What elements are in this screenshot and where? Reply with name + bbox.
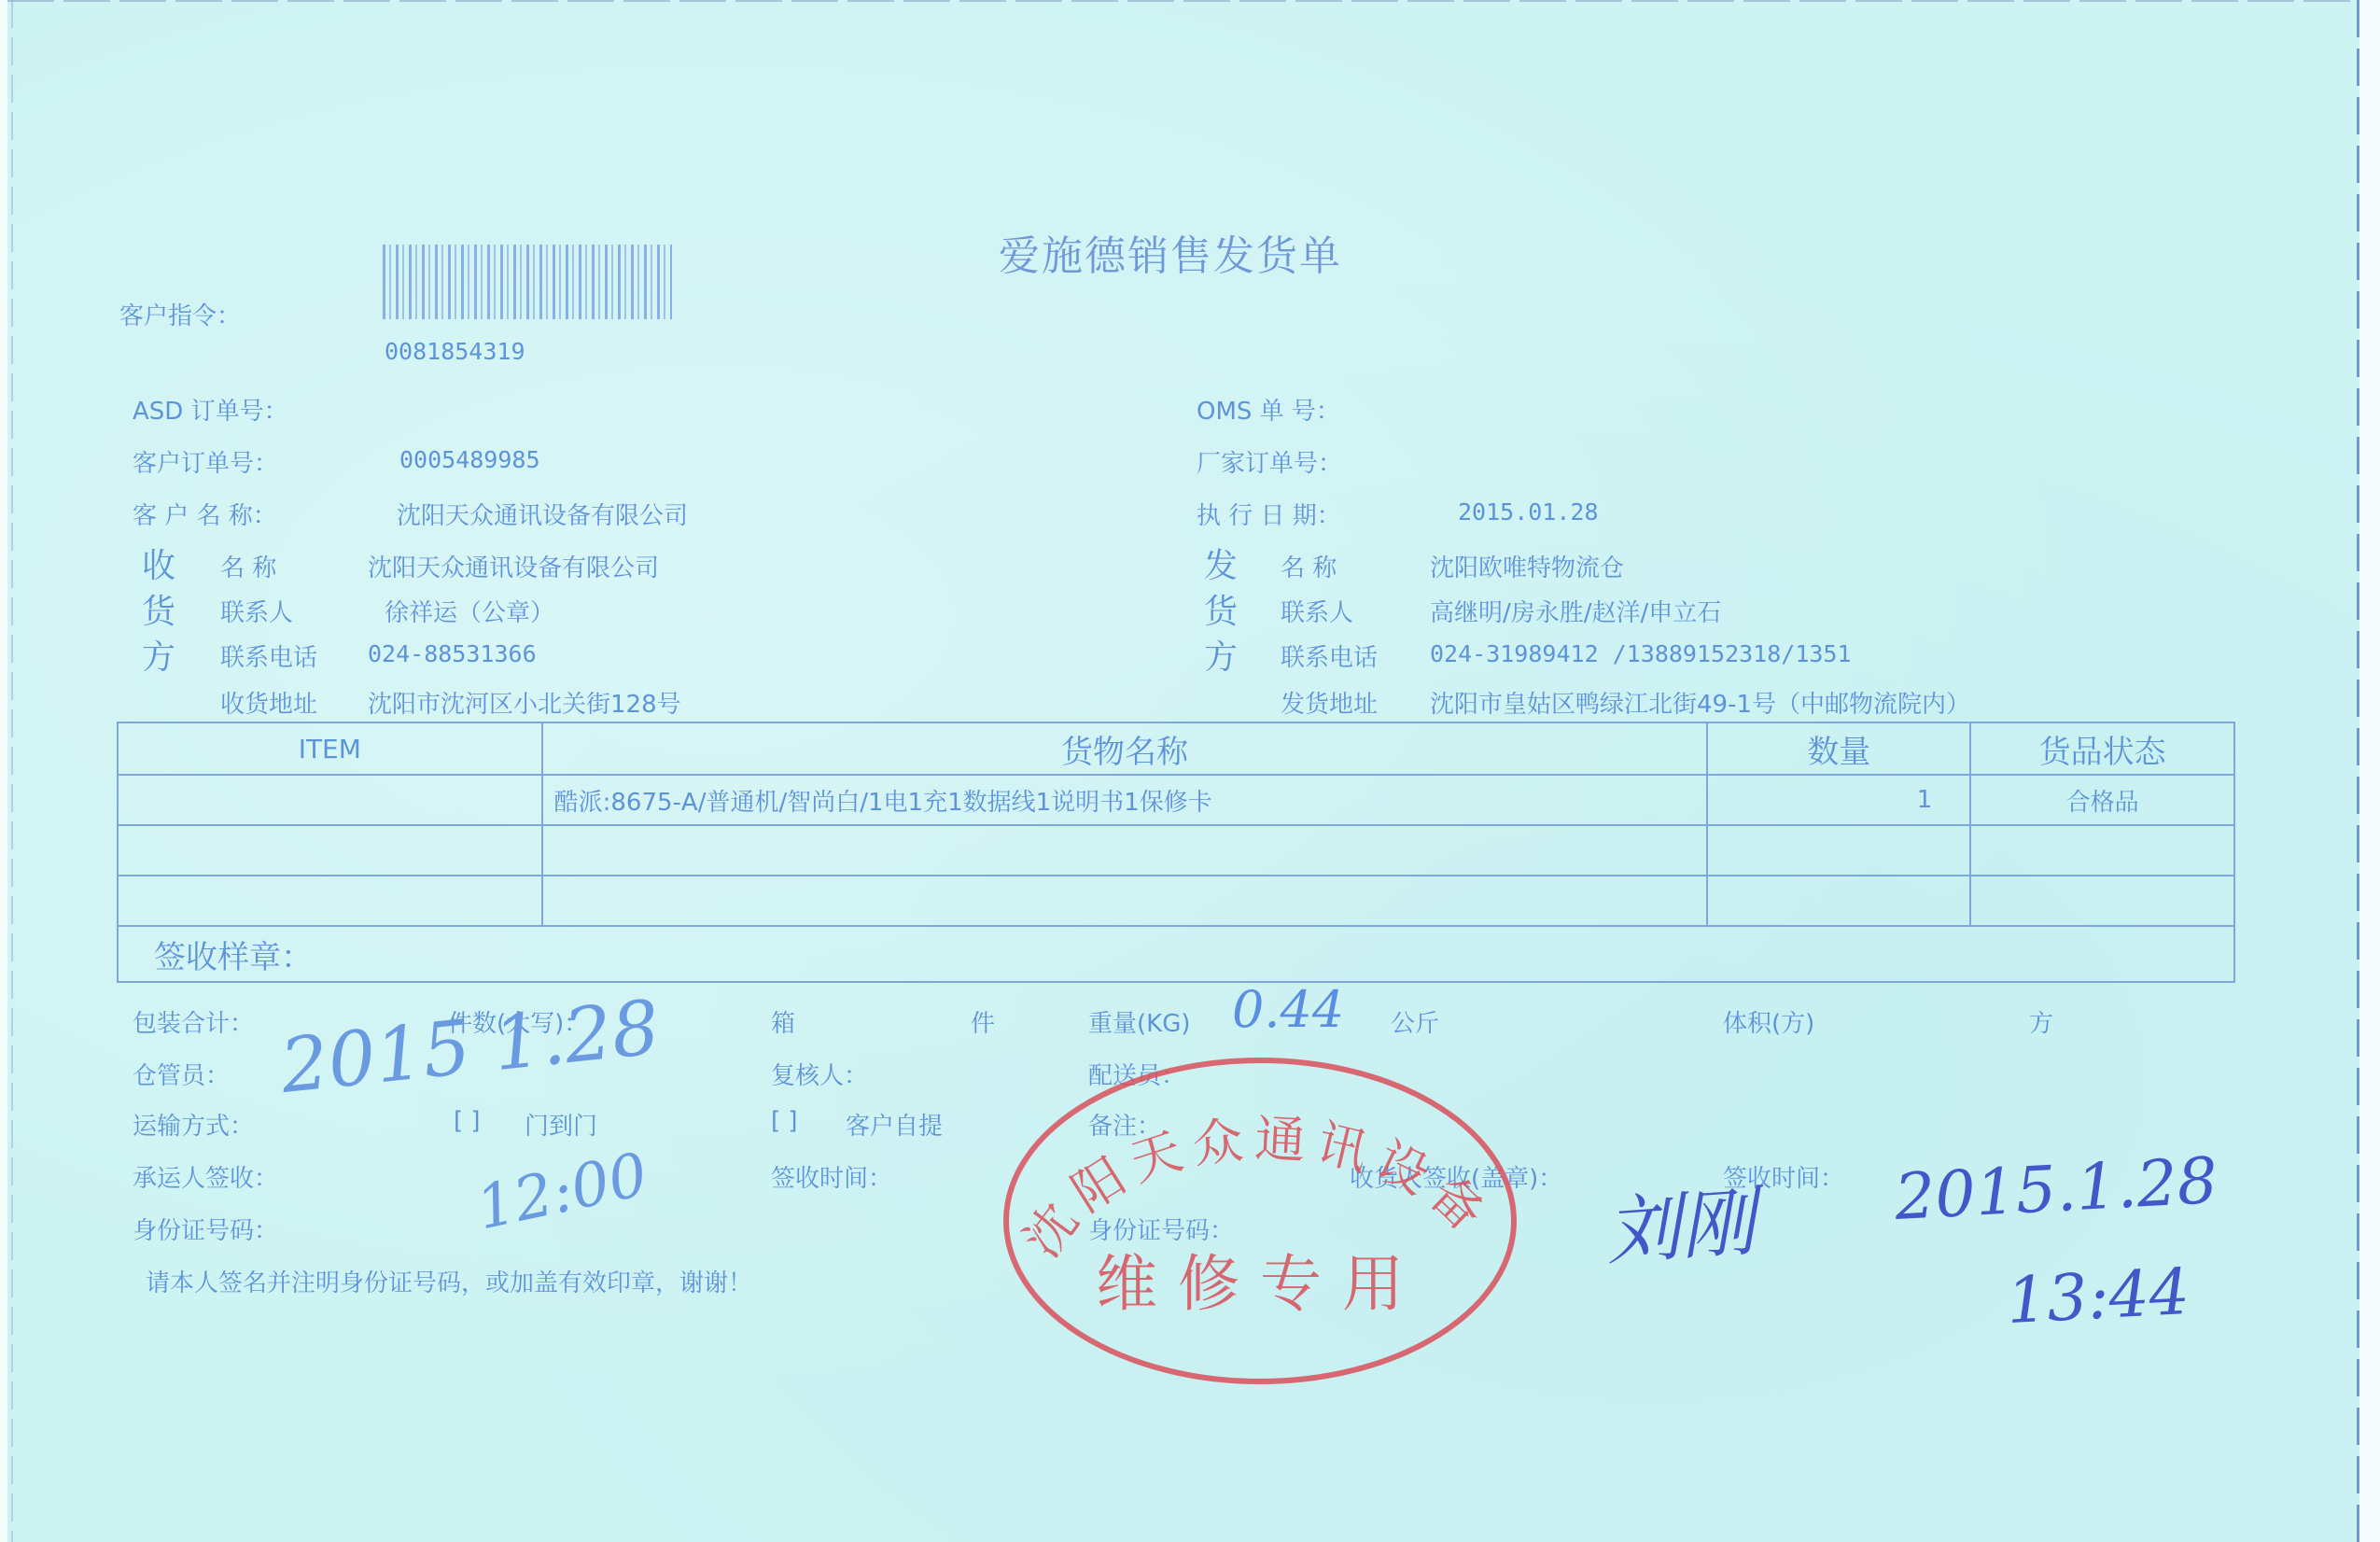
carrier-sign-label: 承运人签收： [133,1159,278,1194]
receiver-address-value: 沈阳市沈河区小北关街128号 [368,685,681,720]
sign-sample-label: 签收样章： [118,926,2234,982]
receiver-name-value: 沈阳天众通讯设备有限公司 [368,549,659,583]
header-status: 货品状态 [1970,722,2234,775]
exec-date-value: 2015.01.28 [1458,498,1599,526]
customer-name-value: 沈阳天众通讯设备有限公司 [397,497,688,531]
sender-address-value: 沈阳市皇姑区鸭绿江北街49-1号（中邮物流院内） [1430,685,1970,720]
sender-side-char-3: 方 [1204,631,1238,679]
weight-label: 重量(KG) [1088,1004,1191,1039]
sign-sample-row: 签收样章： [118,926,2234,982]
perforation-left [11,0,13,1542]
perforation-right [2357,0,2359,1542]
box-label: 箱 [771,1004,795,1039]
stamp-company-text: 沈阳天众通讯设备有限公司 [999,1053,1503,1268]
sender-phone-value: 024-31989412 /13889152318/1351 [1430,640,1852,667]
header-goods-name: 货物名称 [542,722,1708,775]
receiver-time: 13:44 [2005,1255,2191,1339]
cell-status: 合格品 [1970,775,2234,825]
perforation-top [7,0,2359,2]
asd-order-label: ASD 订单号： [133,392,288,427]
customer-order-value: 0005489985 [399,446,540,473]
customer-name-label: 客 户 名 称： [133,497,277,531]
cell-status [1970,876,2234,926]
sender-phone-label: 联系电话 [1281,638,1378,673]
customer-order-label: 客户订单号： [133,444,278,479]
customer-instruction-label: 客户指令： [119,297,241,331]
cell-goods-name [542,876,1708,926]
oms-label: OMS 单 号： [1197,392,1340,427]
customer-instruction-number: 0081854319 [385,338,525,365]
cell-quantity: 1 [1707,775,1970,825]
header-item: ITEM [118,722,542,775]
reviewer-label: 复核人： [771,1057,868,1091]
sender-name-value: 沈阳欧唯特物流仓 [1430,549,1624,583]
cell-quantity [1707,876,1970,926]
warehouse-label: 仓管员： [133,1057,230,1091]
volume-unit: 方 [2029,1004,2053,1039]
weight-value: 0.44 [1232,980,1344,1039]
svg-text:沈阳天众通讯设备有限公司: 沈阳天众通讯设备有限公司 [999,1053,1503,1268]
transport-label: 运输方式： [133,1107,254,1142]
cell-item [118,775,542,825]
header-quantity: 数量 [1707,722,1970,775]
stamp-purpose-text: 维修专用 [1096,1248,1424,1320]
goods-table: ITEM 货物名称 数量 货品状态 酷派:8675-A/普通机/智尚白/1电1充… [117,722,2235,983]
receiver-address-label: 收货地址 [220,685,317,720]
cell-quantity [1707,825,1970,876]
notice-text: 请本人签名并注明身份证号码，或加盖有效印章，谢谢！ [146,1264,752,1298]
door-to-door-label: 门到门 [525,1107,597,1142]
table-row: 酷派:8675-A/普通机/智尚白/1电1充1数据线1说明书1保修卡 1 合格品 [118,775,2234,825]
weight-unit: 公斤 [1391,1004,1439,1039]
table-header-row: ITEM 货物名称 数量 货品状态 [118,722,2234,775]
receiver-contact-value: 徐祥运（公章） [385,594,554,628]
receiver-side-char-3: 方 [142,631,175,679]
self-pickup-label: 客户自提 [846,1107,943,1142]
sign-time-label: 签收时间： [771,1159,892,1194]
exec-date-label: 执 行 日 期： [1197,497,1341,531]
document-title: 爱施德销售发货单 [999,222,1342,282]
sender-name-label: 名 称 [1281,549,1337,583]
company-stamp: 沈阳天众通讯设备有限公司 维修专用 [999,1053,1521,1389]
receiver-side-char-2: 货 [142,585,175,633]
cell-item [118,876,542,926]
receiver-side-char-1: 收 [142,540,175,587]
cell-goods-name [542,825,1708,876]
receiver-signature: 刘刚 [1602,1162,1758,1280]
table-row [118,825,2234,876]
id-number-label: 身份证号码： [133,1212,278,1246]
self-pickup-checkbox[interactable]: [ ] [771,1107,798,1135]
sender-side-char-2: 货 [1204,585,1238,633]
cell-status [1970,825,2234,876]
piece-label: 件 [971,1004,995,1039]
receiver-name-label: 名 称 [220,549,276,583]
sender-address-label: 发货地址 [1281,685,1378,720]
volume-label: 体积(方) [1723,1004,1814,1039]
sender-contact-label: 联系人 [1281,594,1353,628]
table-row [118,876,2234,926]
sender-contact-value: 高继明/房永胜/赵洋/申立石 [1430,594,1721,628]
door-to-door-checkbox[interactable]: [ ] [454,1107,481,1135]
cell-goods-name: 酷派:8675-A/普通机/智尚白/1电1充1数据线1说明书1保修卡 [542,775,1708,825]
sender-side-char-1: 发 [1204,540,1238,587]
receiver-contact-label: 联系人 [220,594,293,628]
cell-item [118,825,542,876]
package-total-label: 包装合计： [133,1004,254,1039]
receiver-phone-label: 联系电话 [220,638,317,673]
factory-order-label: 厂家订单号： [1197,444,1342,479]
receiver-phone-value: 024-88531366 [368,640,537,667]
barcode [383,245,672,319]
